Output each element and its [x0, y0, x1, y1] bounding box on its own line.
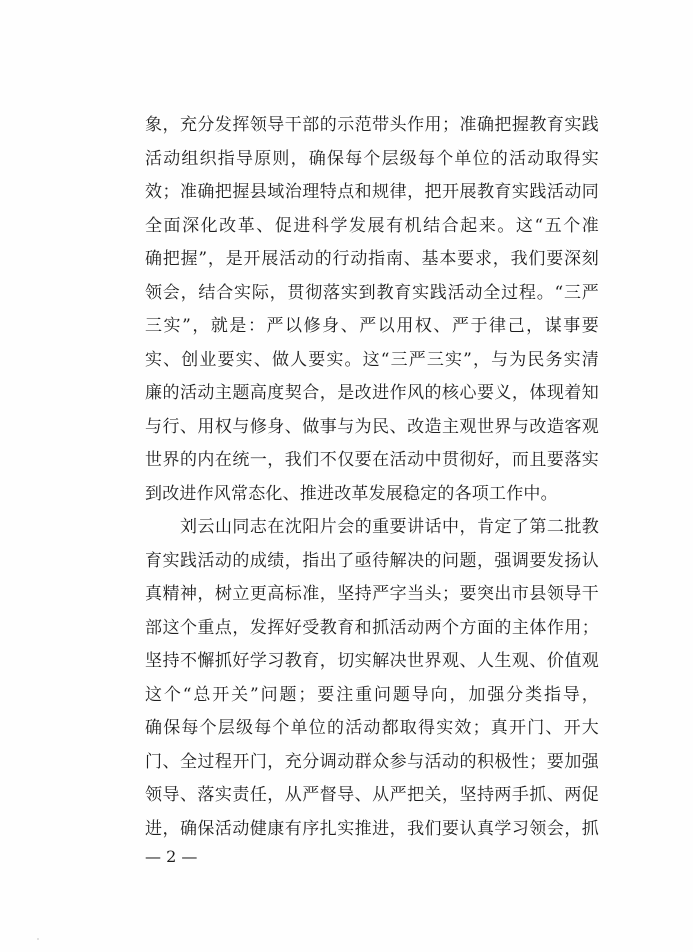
- text-line: 效；准确把握县域治理特点和规律，把开展教育实践活动同: [145, 178, 599, 212]
- body-text: 象，充分发挥领导干部的示范带头作用；准确把握教育实践 活动组织指导原则，确保每个…: [145, 111, 599, 848]
- text-line: 确把握”，是开展活动的行动指南、基本要求，我们要深刻: [145, 245, 599, 279]
- document-page: 象，充分发挥领导干部的示范带头作用；准确把握教育实践 活动组织指导原则，确保每个…: [0, 0, 693, 952]
- text-line: 世界的内在统一，我们不仅要在活动中贯彻好，而且要落实: [145, 446, 599, 480]
- text-line-paragraph-end: 到改进作风常态化、推进改革发展稳定的各项工作中。: [145, 480, 599, 514]
- text-line: 门、全过程开门，充分调动群众参与活动的积极性；要加强: [145, 748, 599, 782]
- text-line: 领会，结合实际，贯彻落实到教育实践活动全过程。“三严: [145, 279, 599, 313]
- text-line: 与行、用权与修身、做事与为民、改造主观世界与改造客观: [145, 413, 599, 447]
- text-line: 全面深化改革、促进科学发展有机结合起来。这“五个准: [145, 212, 599, 246]
- text-line: 象，充分发挥领导干部的示范带头作用；准确把握教育实践: [145, 111, 599, 145]
- text-line: 坚持不懈抓好学习教育，切实解决世界观、人生观、价值观: [145, 647, 599, 681]
- text-line-paragraph-start: 刘云山同志在沈阳片会的重要讲话中，肯定了第二批教: [145, 513, 599, 547]
- text-line: 活动组织指导原则，确保每个层级每个单位的活动取得实: [145, 145, 599, 179]
- page-number: — 2 —: [145, 843, 197, 871]
- text-line: 实、创业要实、做人要实。这“三严三实”，与为民务实清: [145, 346, 599, 380]
- text-line: 领导、落实责任，从严督导、从严把关，坚持两手抓、两促: [145, 781, 599, 815]
- text-line: 进，确保活动健康有序扎实推进，我们要认真学习领会，抓: [145, 815, 599, 849]
- scan-speck: [37, 938, 39, 940]
- text-line: 真精神，树立更高标准，坚持严字当头；要突出市县领导干: [145, 580, 599, 614]
- text-line: 确保每个层级每个单位的活动都取得实效；真开门、开大: [145, 714, 599, 748]
- text-line: 育实践活动的成绩，指出了亟待解决的问题，强调要发扬认: [145, 547, 599, 581]
- text-line: 部这个重点，发挥好受教育和抓活动两个方面的主体作用；: [145, 614, 599, 648]
- text-line: 三实”，就是：严以修身、严以用权、严于律己，谋事要: [145, 312, 599, 346]
- text-line: 这个“总开关”问题；要注重问题导向，加强分类指导，: [145, 681, 599, 715]
- text-line: 廉的活动主题高度契合，是改进作风的核心要义，体现着知: [145, 379, 599, 413]
